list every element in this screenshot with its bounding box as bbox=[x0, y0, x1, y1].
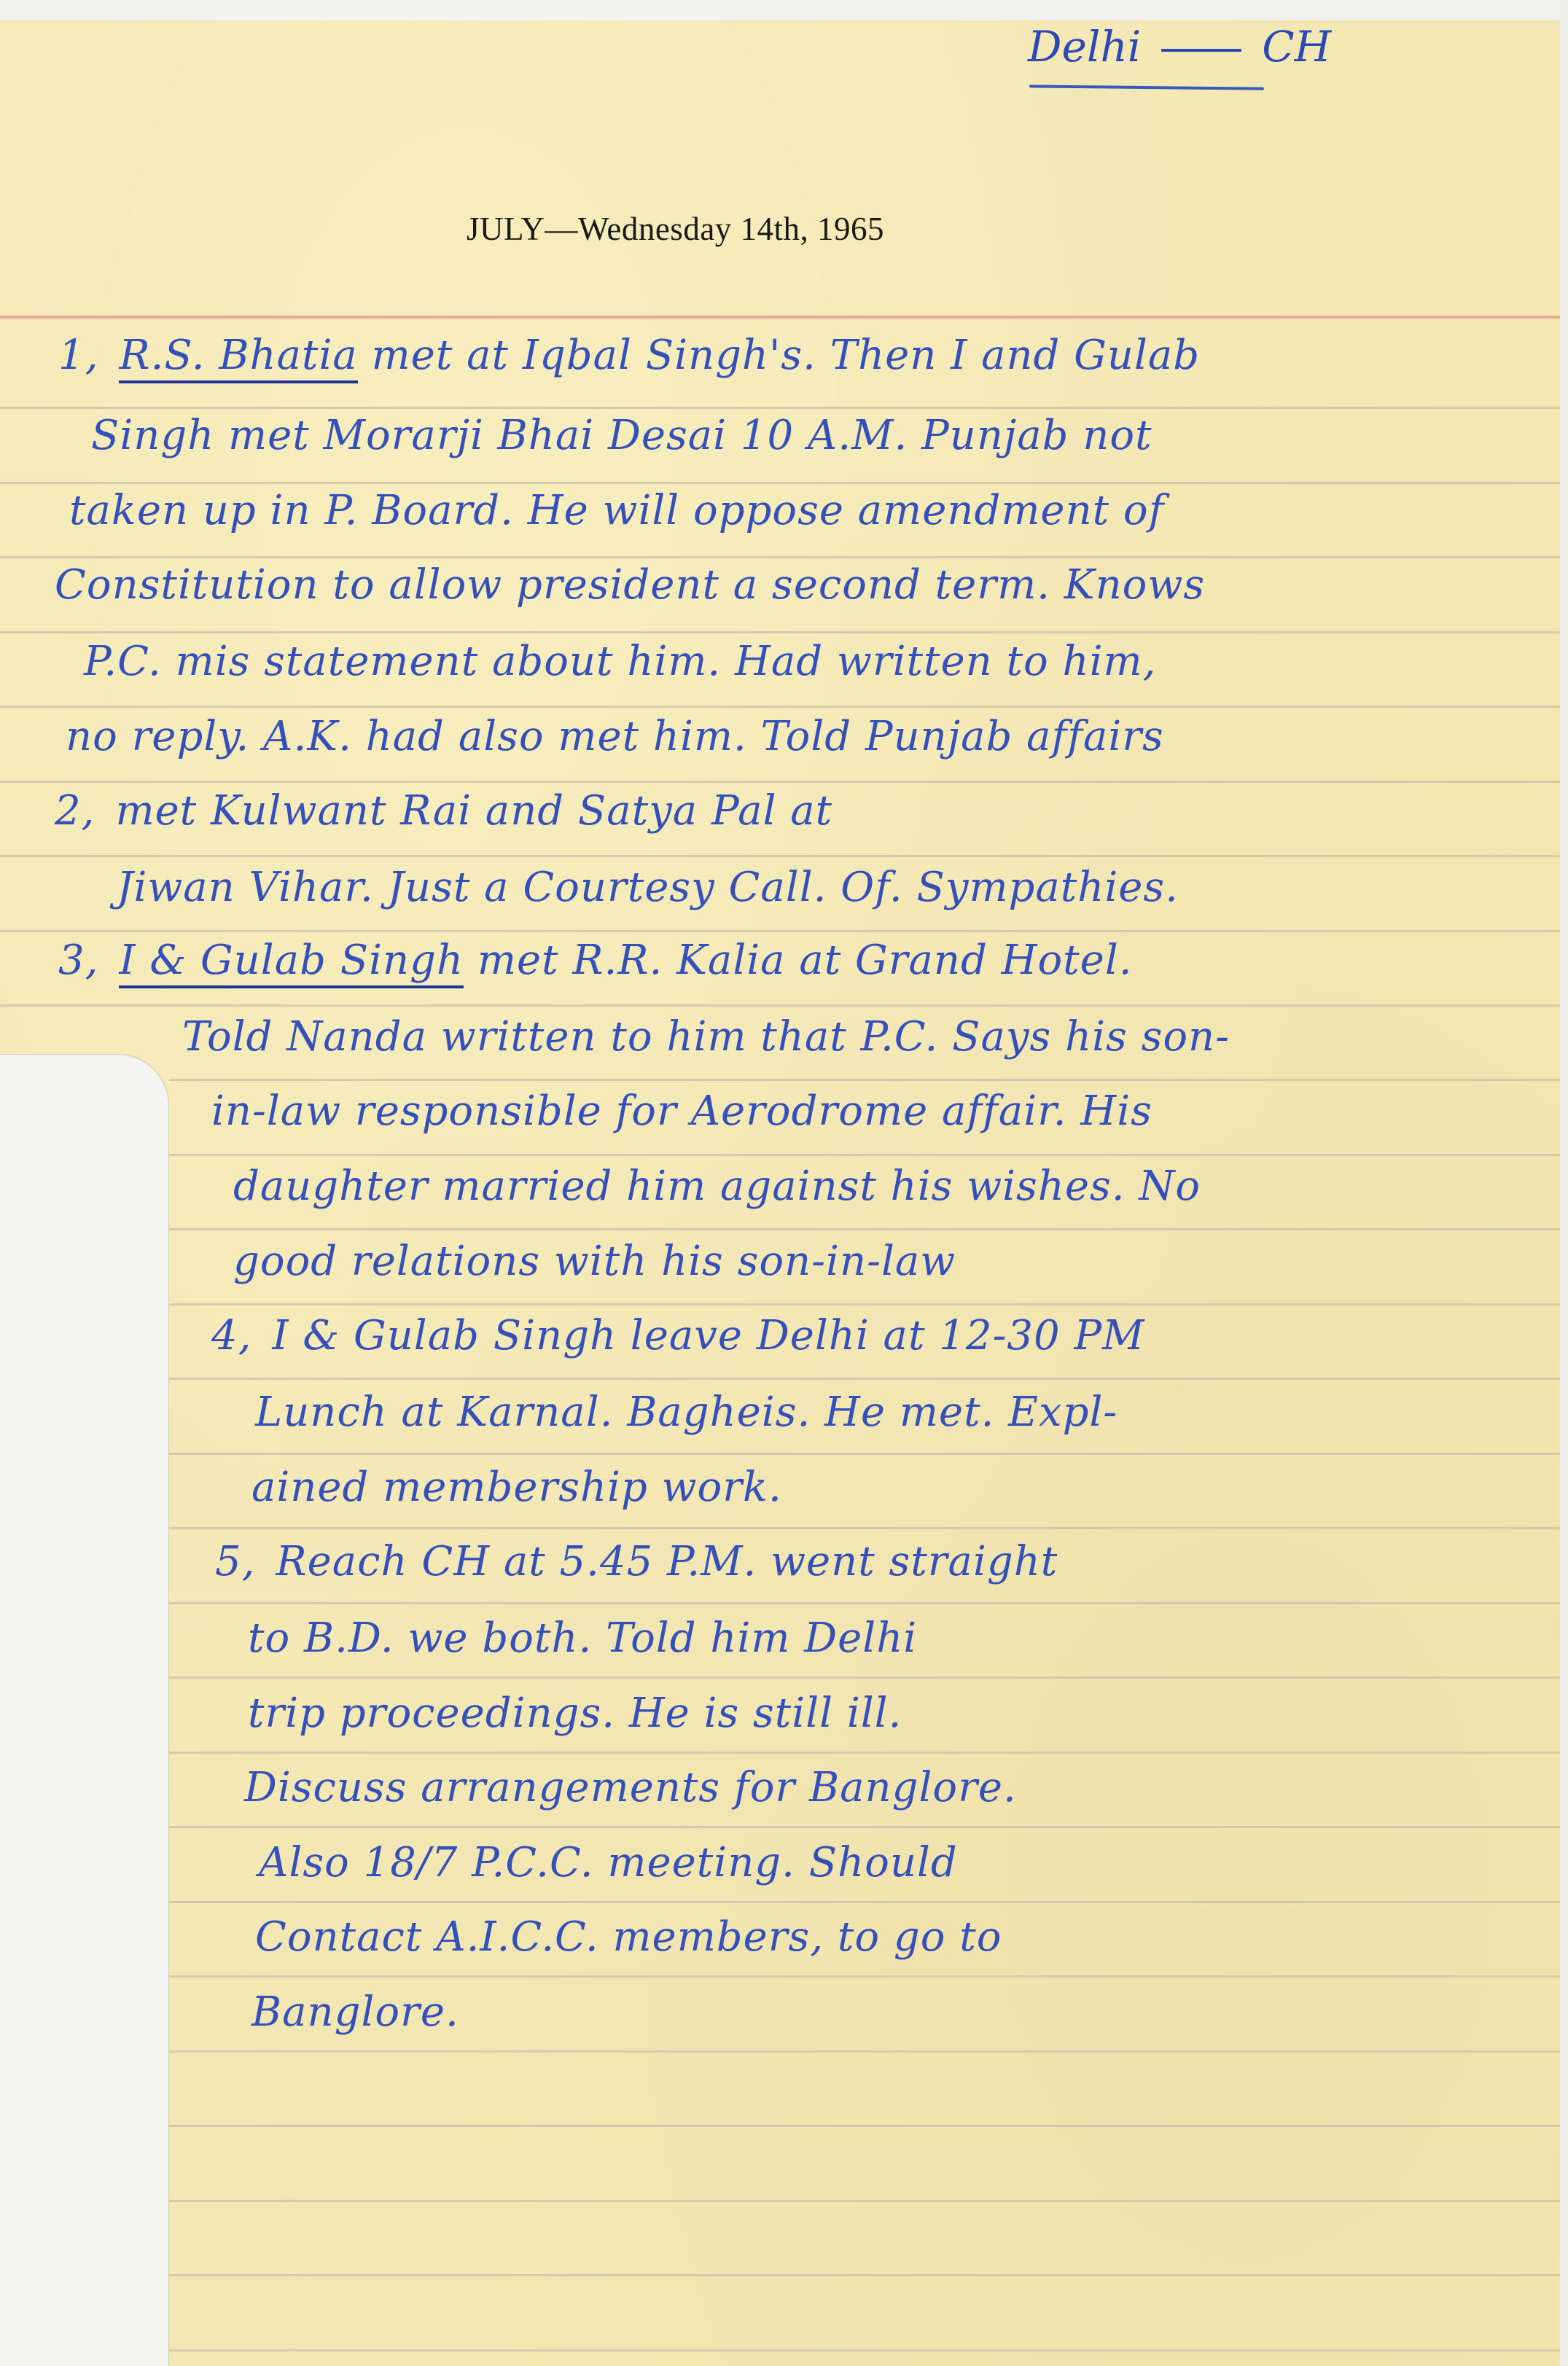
ruled-line bbox=[0, 706, 1560, 708]
scan-right-edge bbox=[1560, 0, 1568, 2366]
ruled-line bbox=[0, 482, 1560, 484]
entry-3-line-1: 3,I & Gulab Singh met R.R. Kalia at Gran… bbox=[58, 937, 1133, 984]
route-dash bbox=[1161, 49, 1241, 52]
underlined-name: R.S. Bhatia bbox=[119, 332, 357, 383]
underlined-name: I & Gulab Singh bbox=[119, 937, 464, 988]
entry-2-line-2: Jiwan Vihar. Just a Courtesy Call. Of. S… bbox=[117, 864, 1179, 911]
entry-5-line-6: Contact A.I.C.C. members, to go to bbox=[255, 1913, 1002, 1961]
route-to: CH bbox=[1262, 22, 1331, 71]
entry-2-line-1: 2,met Kulwant Rai and Satya Pal at bbox=[55, 787, 832, 835]
ruled-line bbox=[169, 1453, 1560, 1455]
ruled-line bbox=[169, 1154, 1560, 1156]
entry-number: 3, bbox=[58, 937, 98, 984]
route-from: Delhi bbox=[1028, 22, 1141, 71]
entry-3-line-2: Told Nanda written to him that P.C. Says… bbox=[182, 1013, 1230, 1061]
ruled-line bbox=[0, 407, 1560, 409]
ruled-line bbox=[0, 781, 1560, 783]
entry-5-line-1: 5,Reach CH at 5.45 P.M. went straight bbox=[215, 1538, 1058, 1585]
travel-route-note: DelhiCH bbox=[1028, 22, 1331, 71]
entry-3-line-5: good relations with his son-in-law bbox=[233, 1238, 956, 1285]
entry-4-line-2: Lunch at Karnal. Bagheis. He met. Expl- bbox=[255, 1389, 1118, 1436]
entry-4-line-1: 4,I & Gulab Singh leave Delhi at 12-30 P… bbox=[211, 1312, 1145, 1359]
ruled-line bbox=[169, 1303, 1560, 1305]
entry-5-line-7: Banglore. bbox=[251, 1988, 459, 2036]
entry-3-line-3: in-law responsible for Aerodrome affair.… bbox=[211, 1088, 1152, 1135]
ruled-line bbox=[169, 2274, 1560, 2276]
ruled-line bbox=[169, 1975, 1560, 1977]
ruled-line bbox=[169, 1527, 1560, 1529]
ruled-line bbox=[0, 631, 1560, 633]
entry-5-line-5: Also 18/7 P.C.C. meeting. Should bbox=[259, 1839, 958, 1886]
ruled-line bbox=[169, 1901, 1560, 1903]
entry-number: 5, bbox=[215, 1538, 255, 1585]
entry-5-line-4: Discuss arrangements for Banglore. bbox=[244, 1764, 1017, 1811]
ruled-line bbox=[169, 1228, 1560, 1230]
entry-number: 1, bbox=[58, 332, 98, 379]
entry-1-line-2: Singh met Morarji Bhai Desai 10 A.M. Pun… bbox=[91, 412, 1152, 459]
ruled-line bbox=[0, 855, 1560, 857]
ruled-line bbox=[169, 1602, 1560, 1604]
ruled-line bbox=[169, 1752, 1560, 1754]
entry-4-line-3: ained membership work. bbox=[251, 1464, 782, 1511]
entry-3-line-4: daughter married him against his wishes.… bbox=[233, 1163, 1201, 1210]
ruled-line bbox=[0, 556, 1560, 558]
scan-top-edge bbox=[0, 0, 1568, 20]
entry-5-line-3: trip proceedings. He is still ill. bbox=[248, 1690, 902, 1737]
entry-5-line-2: to B.D. we both. Told him Delhi bbox=[248, 1615, 917, 1662]
entry-number: 2, bbox=[55, 787, 95, 835]
ruled-line bbox=[169, 2349, 1560, 2351]
entry-1-line-3: taken up in P. Board. He will oppose ame… bbox=[69, 487, 1164, 534]
ruled-line bbox=[0, 930, 1560, 932]
ruled-line bbox=[169, 1079, 1560, 1081]
printed-date-heading: JULY—Wednesday 14th, 1965 bbox=[467, 210, 884, 248]
ruled-line bbox=[169, 1826, 1560, 1828]
entry-1-line-1: 1,R.S. Bhatia met at Iqbal Singh's. Then… bbox=[58, 332, 1200, 379]
entry-number: 4, bbox=[211, 1312, 251, 1359]
ruled-line bbox=[169, 2050, 1560, 2053]
ruled-line bbox=[169, 2200, 1560, 2202]
entry-1-line-6: no reply. A.K. had also met him. Told Pu… bbox=[66, 713, 1164, 760]
entry-1-line-5: P.C. mis statement about him. Had writte… bbox=[84, 638, 1156, 685]
page-notch-cutout bbox=[0, 1054, 169, 2366]
header-red-rule bbox=[0, 316, 1560, 319]
ruled-line bbox=[0, 1004, 1560, 1007]
ruled-line bbox=[169, 1378, 1560, 1380]
ruled-line bbox=[169, 1676, 1560, 1679]
ruled-line bbox=[169, 2125, 1560, 2127]
entry-1-line-4: Constitution to allow president a second… bbox=[55, 561, 1205, 609]
